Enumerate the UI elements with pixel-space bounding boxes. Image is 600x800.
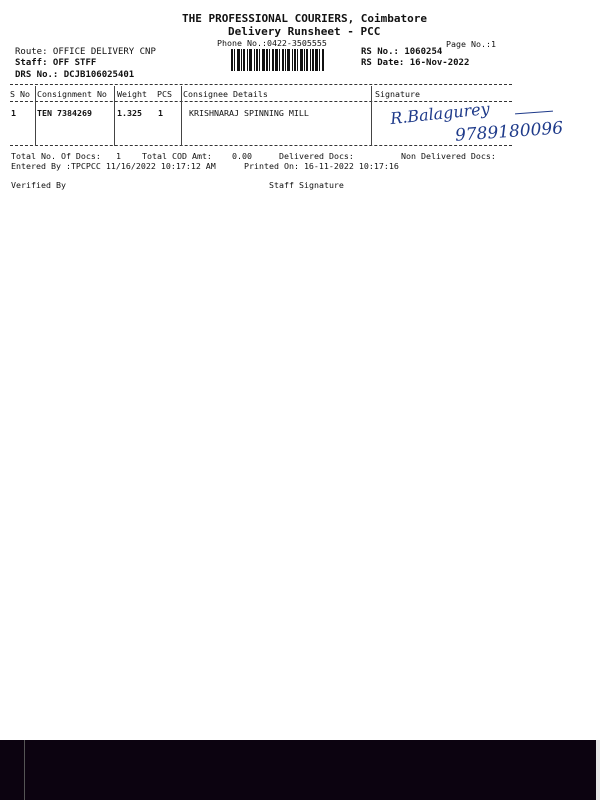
table-bottom-divider [10, 145, 512, 146]
total-docs-value: 1 [116, 151, 121, 161]
row-sno: 1 [11, 108, 16, 118]
column-divider [371, 86, 372, 146]
column-header-consignment: Consignment No [37, 89, 107, 99]
column-divider [181, 86, 182, 146]
document-title: Delivery Runsheet - PCC [228, 25, 380, 38]
staff-signature-label: Staff Signature [269, 180, 344, 190]
route-label: Route: OFFICE DELIVERY CNP [15, 47, 156, 57]
staff-label: Staff: OFF STFF [15, 58, 96, 68]
row-consignment-no: TEN 7384269 [37, 108, 92, 118]
signature-stroke [515, 111, 553, 115]
rs-number: RS No.: 1060254 [361, 47, 442, 57]
page-number: Page No.:1 [446, 39, 496, 49]
scan-bottom-band [0, 740, 600, 800]
printed-on: Printed On: 16-11-2022 10:17:16 [244, 161, 399, 171]
row-consignee: KRISHNARAJ SPINNING MILL [189, 108, 309, 118]
row-pcs: 1 [158, 108, 163, 118]
total-cod-label: Total COD Amt: [142, 151, 212, 161]
column-header-pcs: PCS [157, 89, 172, 99]
table-header-divider [10, 101, 512, 102]
non-delivered-docs-label: Non Delivered Docs: [401, 151, 496, 161]
total-cod-value: 0.00 [232, 151, 252, 161]
scan-right-edge [596, 740, 600, 800]
column-header-consignee: Consignee Details [183, 89, 268, 99]
column-header-signature: Signature [375, 89, 420, 99]
company-title: THE PROFESSIONAL COURIERS, Coimbatore [182, 12, 427, 25]
entered-by: Entered By :TPCPCC 11/16/2022 10:17:12 A… [11, 161, 216, 171]
table-top-divider [10, 84, 512, 85]
total-docs-label: Total No. Of Docs: [11, 151, 101, 161]
column-divider [114, 86, 115, 146]
row-weight: 1.325 [117, 108, 142, 118]
column-divider [35, 86, 36, 146]
column-header-sno: S No [10, 89, 30, 99]
barcode-icon [231, 49, 325, 71]
rs-date: RS Date: 16-Nov-2022 [361, 58, 469, 68]
delivered-docs-label: Delivered Docs: [279, 151, 354, 161]
phone-number: Phone No.:0422-3505555 [217, 38, 327, 48]
scan-edge-line [24, 740, 25, 800]
drs-number: DRS No.: DCJB106025401 [15, 70, 134, 80]
verified-by-label: Verified By [11, 180, 66, 190]
signature-phone: 9789180096 [454, 118, 563, 145]
column-header-weight: Weight [117, 89, 147, 99]
